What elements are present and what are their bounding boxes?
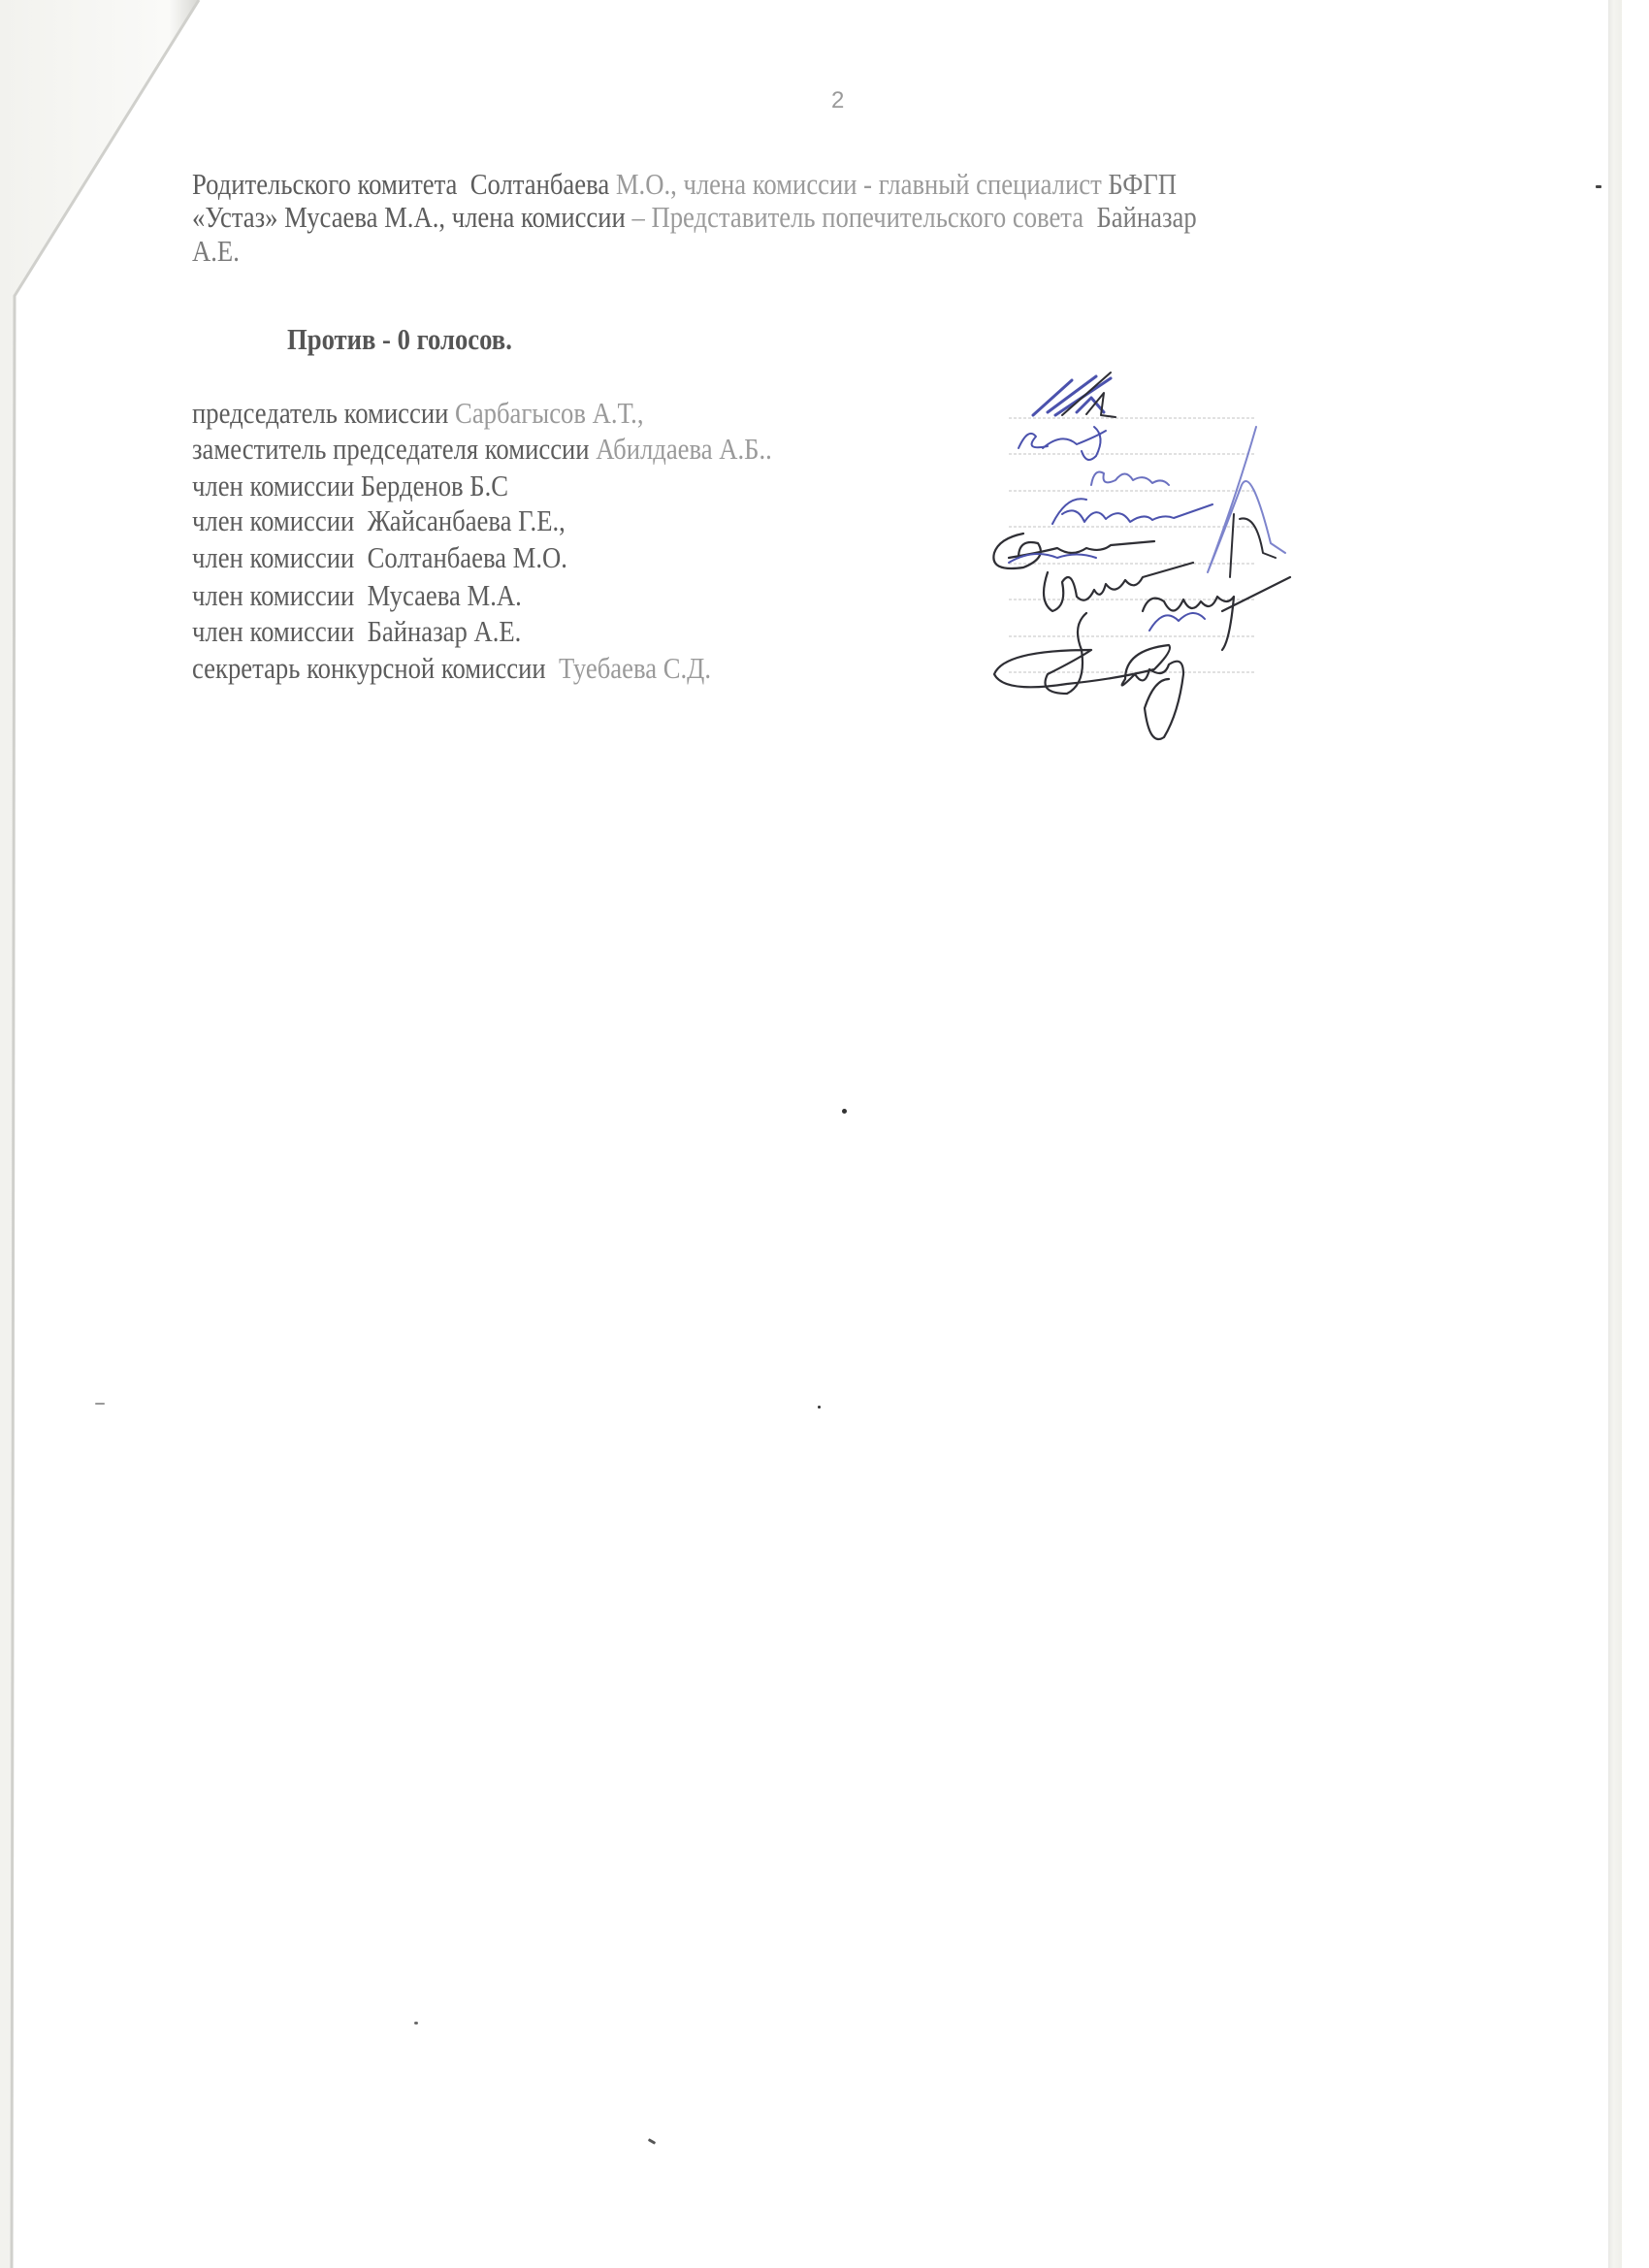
- folded-corner: [0, 0, 1649, 2268]
- member-row: председатель комиссии Сарбагысов А.Т.,: [192, 398, 644, 428]
- intro-line-3: А.Е.: [192, 236, 240, 266]
- scan-speck: [818, 1406, 821, 1409]
- member-role: член комиссии: [192, 469, 361, 502]
- scan-edge: [1608, 0, 1622, 2268]
- scan-speck: [842, 1109, 847, 1114]
- member-row: заместитель председателя комиссии Абилда…: [192, 434, 772, 464]
- member-row: секретарь конкурсной комиссии Туебаева С…: [192, 653, 711, 683]
- member-role: председатель комиссии: [192, 396, 455, 430]
- member-name: Абилдаева А.Б..: [596, 432, 772, 466]
- member-row: член комиссии Солтанбаева М.О.: [192, 542, 567, 572]
- scan-speck: [1596, 185, 1601, 188]
- document-page: 2 Родительского комитета Солтанбаева М.О…: [0, 0, 1649, 2268]
- scan-speck: [95, 1403, 105, 1405]
- page-number: 2: [831, 87, 844, 114]
- member-role: заместитель председателя комиссии: [192, 432, 596, 466]
- member-role: секретарь конкурсной комиссии: [192, 651, 559, 685]
- scan-speck: [648, 2138, 656, 2145]
- member-role: член комиссии: [192, 578, 368, 612]
- scan-speck: [414, 2022, 418, 2025]
- member-name: Сарбагысов А.Т.,: [455, 396, 643, 430]
- member-row: член комиссии Мусаева М.А.: [192, 580, 522, 610]
- member-role: член комиссии: [192, 540, 368, 574]
- member-name: Жайсанбаева Г.Е.,: [368, 503, 566, 537]
- member-name: Мусаева М.А.: [368, 578, 522, 612]
- member-role: член комиссии: [192, 503, 368, 537]
- intro-line-2: «Устаз» Мусаева М.А., члена комиссии – П…: [192, 202, 1197, 232]
- member-name: Берденов Б.С: [361, 469, 508, 502]
- member-name: Туебаева С.Д.: [559, 651, 711, 685]
- member-name: Солтанбаева М.О.: [368, 540, 567, 574]
- member-row: член комиссии Жайсанбаева Г.Е.,: [192, 505, 566, 535]
- member-row: член комиссии Берденов Б.С: [192, 470, 508, 501]
- member-role: член комиссии: [192, 614, 368, 648]
- vote-heading: Против - 0 голосов.: [287, 324, 512, 354]
- signatures-block: [980, 359, 1300, 766]
- member-name: Байназар А.Е.: [368, 614, 522, 648]
- member-row: член комиссии Байназар А.Е.: [192, 616, 521, 646]
- intro-line-1: Родительского комитета Солтанбаева М.О.,…: [192, 169, 1177, 199]
